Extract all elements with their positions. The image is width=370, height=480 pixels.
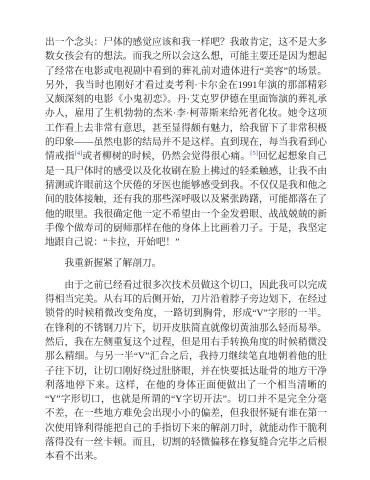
body-text: 我重新握紧了解剖刀。 <box>64 258 161 269</box>
body-text: 或者柳树的时候，仍然会觉得很心痛。 <box>82 151 250 162</box>
paragraph: 出一个念头：尸体的感觉应该和我一样吧？我敢肯定，这不是大多数女孩会有的想法。而我… <box>45 36 327 250</box>
paragraph: 我重新握紧了解剖刀。 <box>45 257 327 271</box>
footnote-ref-link[interactable]: [5] <box>250 150 258 157</box>
body-text: 由于之前已经看过很多次技术员做这个切口，因此我可以完成得相当完美。从右耳的后侧开… <box>45 280 327 463</box>
paragraph: 由于之前已经看过很多次技术员做这个切口，因此我可以完成得相当完美。从右耳的后侧开… <box>45 279 327 465</box>
body-text: 回忆起想象自己是一具尸体时的感受以及化妆刷在脸上拂过的轻柔触感，让我不由猜测或许… <box>45 151 327 248</box>
ebook-page: 出一个念头：尸体的感觉应该和我一样吧？我敢肯定，这不是大多数女孩会有的想法。而我… <box>0 0 370 480</box>
body-text: 出一个念头：尸体的感觉应该和我一样吧？我敢肯定，这不是大多数女孩会有的想法。而我… <box>45 37 327 162</box>
